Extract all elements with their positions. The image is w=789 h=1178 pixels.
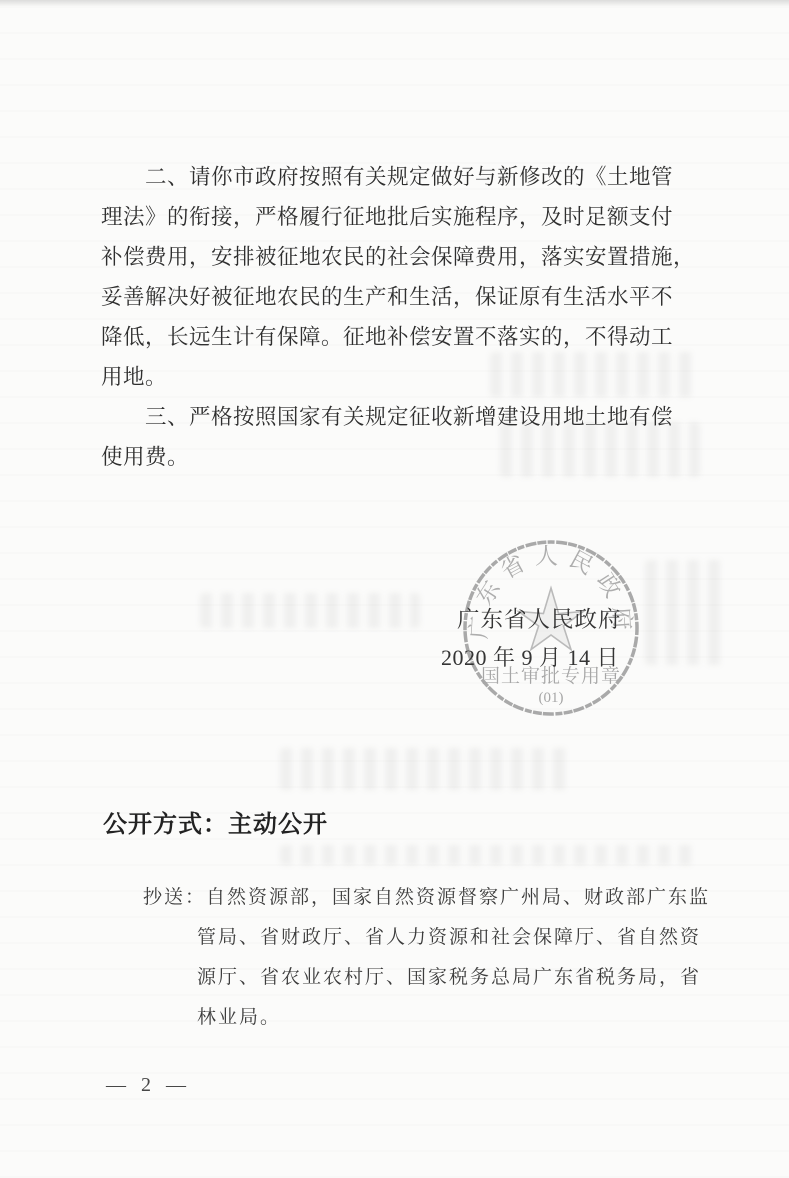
- scan-edge-artifact: [0, 0, 789, 6]
- cc-line: 林业局。: [143, 998, 723, 1038]
- body-line: 二、请你市政府按照有关规定做好与新修改的《土地管: [101, 157, 693, 197]
- bleedthrough-artifact: [280, 845, 700, 865]
- disclosure-label: 公开方式：: [103, 811, 228, 838]
- cc-block: 抄送：自然资源部，国家自然资源督察广州局、财政部广东监 管局、省财政厅、省人力资…: [143, 878, 723, 1038]
- cc-label: 抄送：: [143, 887, 206, 908]
- body-line: 理法》的衔接，严格履行征地批后实施程序，及时足额支付: [101, 197, 693, 237]
- bleedthrough-artifact: [200, 593, 420, 628]
- page-number: — 2 —: [106, 1074, 186, 1097]
- cc-line: 抄送：自然资源部，国家自然资源督察广州局、财政部广东监: [143, 878, 723, 918]
- document-body: 二、请你市政府按照有关规定做好与新修改的《土地管 理法》的衔接，严格履行征地批后…: [101, 157, 693, 477]
- body-line: 妥善解决好被征地农民的生产和生活，保证原有生活水平不: [101, 277, 693, 317]
- bleedthrough-artifact: [645, 560, 725, 665]
- body-line: 三、严格按照国家有关规定征收新增建设用地土地有偿: [101, 397, 693, 437]
- body-line: 用地。: [101, 357, 693, 397]
- body-line: 补偿费用，安排被征地农民的社会保障费用，落实安置措施，: [101, 237, 693, 277]
- disclosure-value: 主动公开: [228, 811, 328, 838]
- signature-authority: 广东省人民政府: [457, 602, 622, 634]
- body-line: 使用费。: [101, 437, 693, 477]
- cc-line: 管局、省财政厅、省人力资源和社会保障厅、省自然资: [143, 918, 723, 958]
- seal-number-text: (01): [539, 690, 564, 706]
- signature-date: 2020 年 9 月 14 日: [441, 641, 619, 672]
- disclosure-method: 公开方式：主动公开: [103, 804, 328, 839]
- cc-line-text: 自然资源部，国家自然资源督察广州局、财政部广东监: [206, 887, 710, 908]
- bleedthrough-artifact: [280, 748, 570, 790]
- document-page: 二、请你市政府按照有关规定做好与新修改的《土地管 理法》的衔接，严格履行征地批后…: [0, 0, 789, 1178]
- body-line: 降低，长远生计有保障。征地补偿安置不落实的，不得动工: [101, 317, 693, 357]
- cc-line: 源厅、省农业农村厅、国家税务总局广东省税务局，省: [143, 958, 723, 998]
